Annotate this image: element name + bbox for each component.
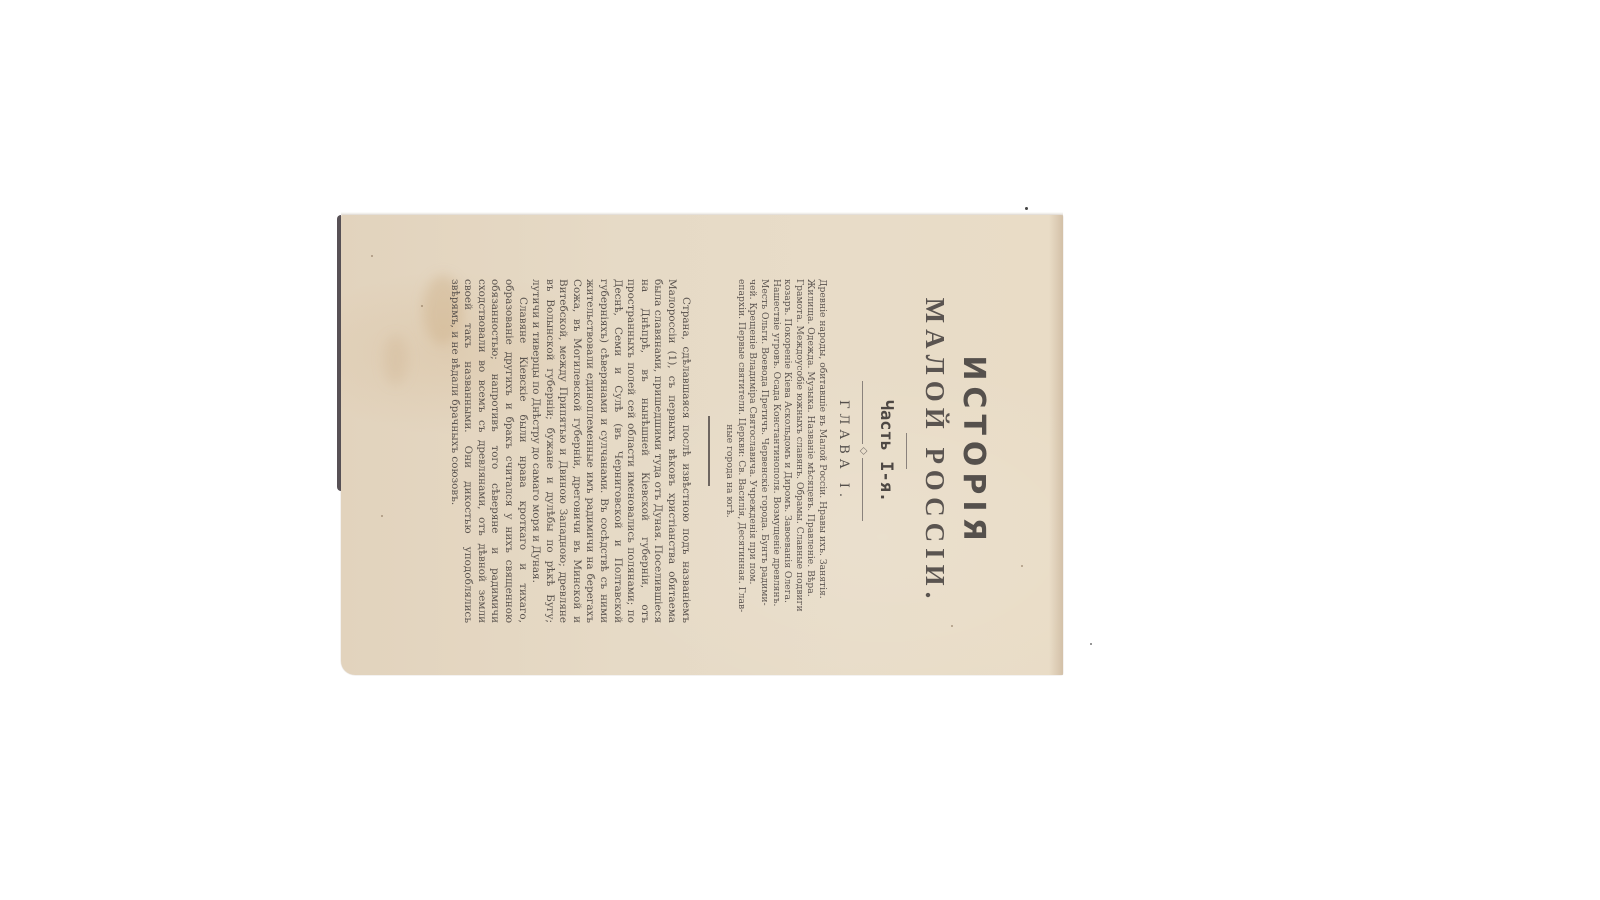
page-top-shadow [1049,215,1063,675]
scan-background: ИСТОРІЯ МАЛОЙ РОССІИ. Часть I-я. ◇ ГЛАВА… [0,0,1600,900]
section-rule [708,416,710,486]
page-speck [371,255,373,257]
summary-line: Месть Ольги. Воевода Претичъ. Червенскіе… [758,279,770,623]
part-heading: Часть I-я. [874,279,898,623]
summary-line: чей. Крещеніе Владиміра Святославича. Уч… [747,279,759,623]
summary-line: епархіи. Первые святители. Церкви: Св. В… [735,279,747,623]
summary-line: Жилища. Одежда. Музыка. Названіе мѣсяцев… [805,279,817,623]
summary-line: козаръ. Покореніе Кіева Аскольдомъ и Дир… [782,279,794,623]
page-spine-edge [341,212,1063,215]
ornament-line-right [863,458,864,521]
diamond-ornament-icon: ◇ [858,444,868,458]
summary-line-last: ные города на югѣ. [724,319,736,623]
scan-dust-speck [1090,643,1092,645]
page-speck [421,305,423,307]
ornament-line-left [863,381,864,444]
book-title: ИСТОРІЯ [955,279,991,623]
summary-line: Грамота. Междоусобіе южныхъ славянъ. Обр… [793,279,805,623]
page-speck [381,515,383,517]
summary-line: Древніе народы, обитавшіе въ Малой Россі… [816,279,828,623]
page-content: ИСТОРІЯ МАЛОЙ РОССІИ. Часть I-я. ◇ ГЛАВА… [447,279,991,623]
chapter-body: Страна, сдѣлавшаяся послѣ извѣстною подъ… [447,279,692,623]
page-stain [383,335,408,385]
summary-line: Нашествіе угровъ. Осада Константинополя.… [770,279,782,623]
book-cover-edge [337,215,341,491]
ornament-divider: ◇ [858,381,868,521]
scan-dust-speck [1025,207,1028,210]
book-subtitle: МАЛОЙ РОССІИ. [919,279,951,623]
title-rule [906,433,907,469]
book-page: ИСТОРІЯ МАЛОЙ РОССІИ. Часть I-я. ◇ ГЛАВА… [341,215,1063,675]
body-paragraph: Славяне Кіевскіе были нрава кроткаго и т… [447,279,529,623]
chapter-heading: ГЛАВА I. [834,279,852,623]
page-speck [951,625,953,627]
page-speck [1021,565,1023,567]
body-paragraph: Страна, сдѣлавшаяся послѣ извѣстною подъ… [529,279,692,623]
chapter-summary: Древніе народы, обитавшіе въ Малой Россі… [724,279,828,623]
